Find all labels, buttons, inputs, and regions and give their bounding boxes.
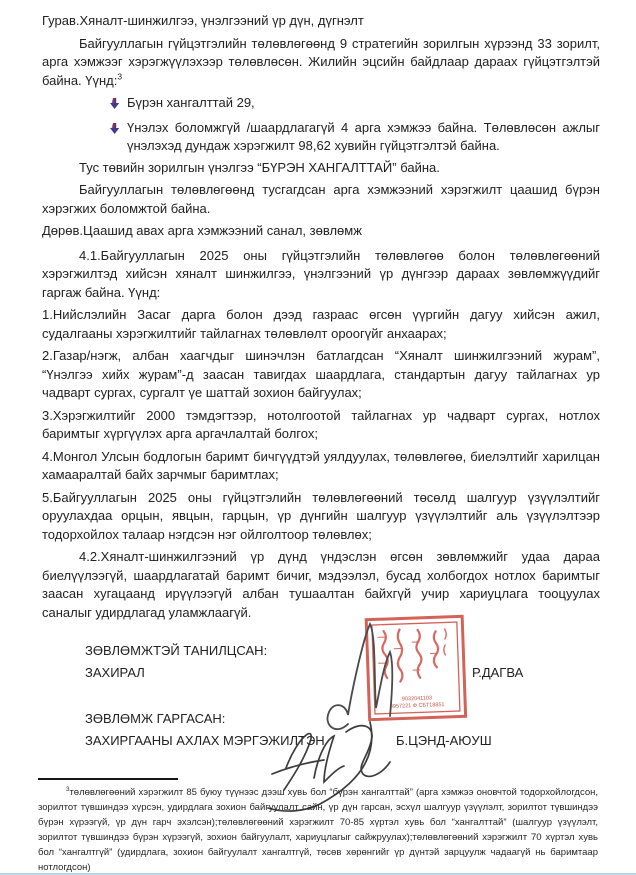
bullet-item-full: Бүрэн хангалттай 29, — [42, 94, 600, 116]
paragraph-possibility: Байгууллагын төлөвлөгөөнд тусгагдсан арг… — [42, 181, 600, 218]
footnote-text: төлөвлөгөөний хэрэгжилт 85 буюу түүнээс … — [38, 787, 598, 873]
down-arrow-bullet-icon — [108, 94, 127, 116]
paragraph-overview-text: Байгууллагын гүйцэтгэлийн төлөвлөгөөнд 9… — [42, 36, 600, 88]
bullet-item-unrated: Үнэлэх боломжгүй /шаардлагагүй 4 арга хэ… — [42, 119, 600, 156]
recommendation-item-4: 4.Монгол Улсын бодлогын баримт бичгүүдтэ… — [42, 448, 600, 485]
footnote: 3төлөвлөгөөний хэрэгжилт 85 буюу түүнээс… — [38, 785, 598, 875]
document-page: Гурав.Хяналт-шинжилгээ, үнэлгээний үр дү… — [0, 0, 636, 875]
bullet-item-text: Үнэлэх боломжгүй /шаардлагагүй 4 арга хэ… — [127, 119, 600, 156]
bullet-item-text: Бүрэн хангалттай 29, — [127, 94, 600, 116]
reviewed-role: ЗАХИРАЛ — [85, 664, 145, 683]
reviewed-label: ЗӨВЛӨМЖТЭЙ ТАНИЛЦСАН: — [85, 642, 267, 661]
section-three-title: Гурав.Хяналт-шинжилгээ, үнэлгээний үр дү… — [42, 12, 600, 31]
paragraph-4-2: 4.2.Хяналт-шинжилгээний үр дүнд үндэслэн… — [42, 548, 600, 622]
recommendation-item-2: 2.Газар/нэгж, албан хаагчдыг шинэчлэн ба… — [42, 347, 600, 403]
paragraph-overview: Байгууллагын гүйцэтгэлийн төлөвлөгөөнд 9… — [42, 35, 600, 91]
footnote-separator — [38, 778, 178, 780]
down-arrow-bullet-icon — [108, 119, 127, 156]
document-body: Гурав.Хяналт-шинжилгээ, үнэлгээний үр дү… — [0, 0, 636, 622]
reviewed-name: Р.ДАГВА — [472, 664, 523, 683]
paragraph-4-1: 4.1.Байгууллагын 2025 оны гүйцэтгэлийн т… — [42, 247, 600, 303]
section-four-title: Дөрөв.Цаашид авах арга хэмжээний санал, … — [42, 222, 600, 241]
issued-label: ЗӨВЛӨМЖ ГАРГАСАН: — [85, 710, 225, 729]
footnote-reference: 3 — [117, 71, 122, 81]
recommendation-item-5: 5.Байгууллагын 2025 оны гүйцэтгэлийн төл… — [42, 489, 600, 545]
recommendation-item-1: 1.Нийслэлийн Засаг дарга болон дээд газр… — [42, 306, 600, 343]
recommendation-item-3: 3.Хэрэгжилтийг 2000 тэмдэгтээр, нотолгоо… — [42, 407, 600, 444]
paragraph-rating: Тус төвийн зорилгын үнэлгээ “БҮРЭН ХАНГА… — [42, 159, 600, 178]
